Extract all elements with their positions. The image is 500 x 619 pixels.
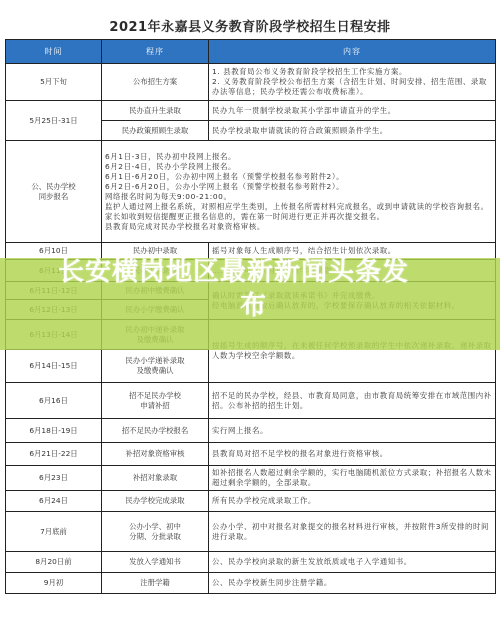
cell-time: 6月16日 <box>6 383 102 419</box>
cell-content: 公办小学、初中对报名对象提交的报名材料进行审核，并按附件3所安排的时间进行录取。 <box>209 512 496 552</box>
cell-time: 5月25日-31日 <box>6 101 102 141</box>
table-row: 6月16日 招不足民办学校 申请补招 招不足的民办学校，经县、市教育局同意，由市… <box>6 383 496 419</box>
cell-content: 如补招报名人数超过剩余学额的，实行电脑随机派位方式录取；补招报名人数未超过剩余学… <box>209 466 496 491</box>
cell-time: 7月底前 <box>6 512 102 552</box>
cell-step: 公办小学、初中 分期、分批录取 <box>102 512 209 552</box>
table-header-row: 时间 程序 内容 <box>6 40 496 64</box>
cell-step: 补招对象资格审核 <box>102 443 209 466</box>
cell-step: 民办直升生录取 <box>102 101 209 121</box>
table-row: 8月20日前 发放入学通知书 公、民办学校向录取的新生发放纸质或电子入学通知书。 <box>6 552 496 573</box>
headline-line-1: 长安横岗地区最新新闻头条发 <box>58 257 409 287</box>
cell-step: 补招对象录取 <box>102 466 209 491</box>
table-row: 5月下旬 公布招生方案 1. 县教育局公布义务教育阶段学校招生工作实施方案。 2… <box>6 64 496 101</box>
news-headline[interactable]: 长安横岗地区最新新闻头条发 布 <box>58 255 458 323</box>
cell-content: 所有民办学校完成录取工作。 <box>209 491 496 512</box>
cell-time: 9月初 <box>6 573 102 594</box>
cell-content: 县教育局对招不足学校的报名对象进行资格审核。 <box>209 443 496 466</box>
cell-step: 注册学籍 <box>102 573 209 594</box>
cell-step: 公布招生方案 <box>102 64 209 101</box>
cell-step: 民办学校完成录取 <box>102 491 209 512</box>
table-row: 9月初 注册学籍 公、民办学校新生同步注册学籍。 <box>6 573 496 594</box>
document-title: 2021年永嘉县义务教育阶段学校招生日程安排 <box>0 16 500 35</box>
table-row: 6月24日 民办学校完成录取 所有民办学校完成录取工作。 <box>6 491 496 512</box>
header-content: 内容 <box>209 40 496 64</box>
cell-time: 8月20日前 <box>6 552 102 573</box>
cell-content: 民办学校录取申请就读的符合政策照顾条件学生。 <box>209 121 496 141</box>
cell-content: 1. 县教育局公布义务教育阶段学校招生工作实施方案。 2. 义务教育阶段学校公布… <box>209 64 496 101</box>
cell-time: 6月24日 <box>6 491 102 512</box>
headline-line-2: 布 <box>58 289 458 323</box>
cell-content: 公、民办学校向录取的新生发放纸质或电子入学通知书。 <box>209 552 496 573</box>
table-row: 6月23日 补招对象录取 如补招报名人数超过剩余学额的，实行电脑随机派位方式录取… <box>6 466 496 491</box>
cell-content: 6月1日-3日，民办初中段网上报名。 6月2日-4日，民办小学段网上报名。 6月… <box>102 141 496 243</box>
cell-time: 5月下旬 <box>6 64 102 101</box>
cell-time: 6月23日 <box>6 466 102 491</box>
cell-content: 民办九年一贯制学校录取其小学部申请直升的学生。 <box>209 101 496 121</box>
table-row: 公、民办学校 同步报名 6月1日-3日，民办初中段网上报名。 6月2日-4日，民… <box>6 141 496 243</box>
cell-content: 招不足的民办学校，经县、市教育局同意，由市教育局统筹安排在市域范围内补招。公布补… <box>209 383 496 419</box>
table-row: 6月21日-22日 补招对象资格审核 县教育局对招不足学校的报名对象进行资格审核… <box>6 443 496 466</box>
cell-step: 招不足民办学校报名 <box>102 419 209 443</box>
cell-time: 公、民办学校 同步报名 <box>6 141 102 243</box>
cell-time: 6月14日-15日 <box>6 350 102 383</box>
cell-content: 公、民办学校新生同步注册学籍。 <box>209 573 496 594</box>
header-time: 时间 <box>6 40 102 64</box>
header-step: 程序 <box>102 40 209 64</box>
cell-content: 实行网上报名。 <box>209 419 496 443</box>
cell-step: 民办政策照顾生录取 <box>102 121 209 141</box>
cell-time: 6月18日-19日 <box>6 419 102 443</box>
cell-step: 招不足民办学校 申请补招 <box>102 383 209 419</box>
table-row: 5月25日-31日 民办直升生录取 民办九年一贯制学校录取其小学部申请直升的学生… <box>6 101 496 121</box>
table-row: 6月18日-19日 招不足民办学校报名 实行网上报名。 <box>6 419 496 443</box>
cell-time: 6月21日-22日 <box>6 443 102 466</box>
cell-step: 发放入学通知书 <box>102 552 209 573</box>
cell-step: 民办小学递补录取 及缴费确认 <box>102 350 209 383</box>
table-row: 7月底前 公办小学、初中 分期、分批录取 公办小学、初中对报名对象提交的报名材料… <box>6 512 496 552</box>
